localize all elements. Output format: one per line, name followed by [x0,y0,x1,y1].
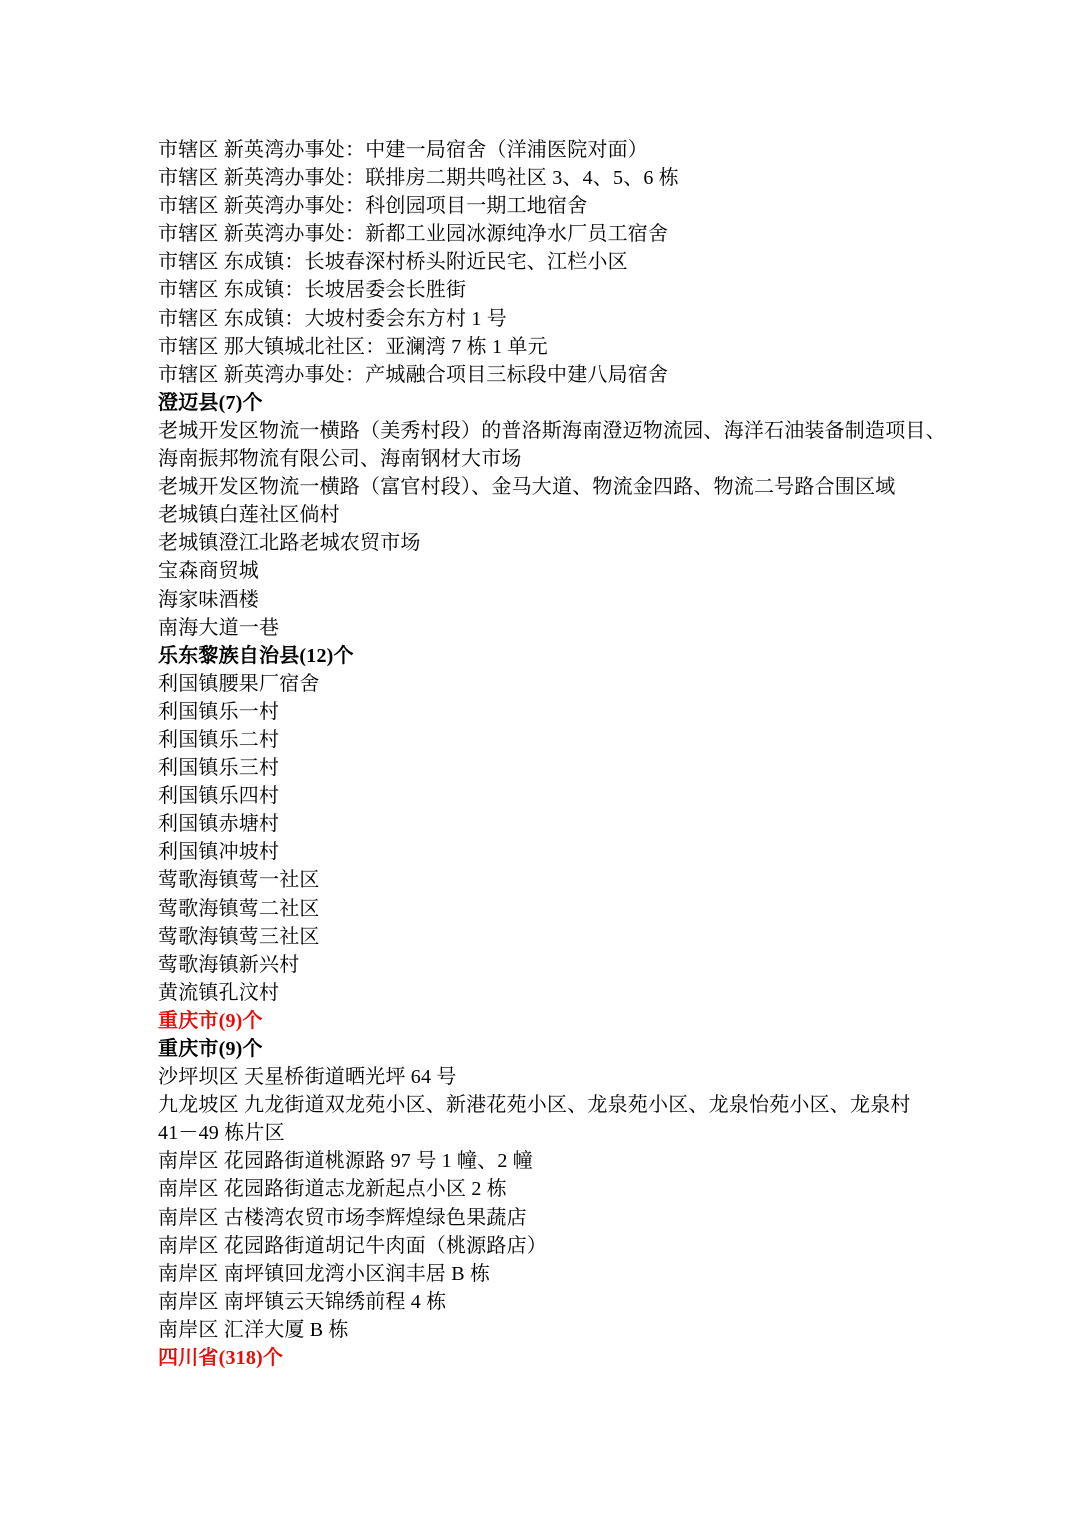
address-list: 市辖区 新英湾办事处：中建一局宿舍（洋浦医院对面）市辖区 新英湾办事处：联排房二… [158,136,928,1372]
address-line: 老城开发区物流一横路（美秀村段）的普洛斯海南澄迈物流园、海洋石油装备制造项目、 [158,417,928,445]
address-line: 市辖区 新英湾办事处：新都工业园冰源纯净水厂员工宿舍 [158,220,928,248]
address-line: 市辖区 新英湾办事处：中建一局宿舍（洋浦医院对面） [158,136,928,164]
address-line: 市辖区 新英湾办事处：产城融合项目三标段中建八局宿舍 [158,361,928,389]
address-line: 南岸区 南坪镇回龙湾小区润丰居 B 栋 [158,1260,928,1288]
address-line: 利国镇乐四村 [158,782,928,810]
address-line: 市辖区 新英湾办事处：联排房二期共鸣社区 3、4、5、6 栋 [158,164,928,192]
address-line: 黄流镇孔汶村 [158,979,928,1007]
section-heading: 重庆市(9)个 [158,1007,928,1035]
address-line: 利国镇赤塘村 [158,810,928,838]
address-line: 宝森商贸城 [158,557,928,585]
address-line: 莺歌海镇莺三社区 [158,923,928,951]
address-line: 九龙坡区 九龙街道双龙苑小区、新港花苑小区、龙泉苑小区、龙泉怡苑小区、龙泉村 [158,1091,928,1119]
section-heading: 重庆市(9)个 [158,1035,928,1063]
address-line: 利国镇乐三村 [158,754,928,782]
address-line: 海南振邦物流有限公司、海南钢材大市场 [158,445,928,473]
address-line: 41－49 栋片区 [158,1119,928,1147]
address-line: 莺歌海镇莺二社区 [158,895,928,923]
address-line: 沙坪坝区 天星桥街道晒光坪 64 号 [158,1063,928,1091]
address-line: 老城镇白莲社区倘村 [158,501,928,529]
address-line: 南岸区 花园路街道桃源路 97 号 1 幢、2 幢 [158,1147,928,1175]
address-line: 利国镇乐一村 [158,698,928,726]
section-heading: 四川省(318)个 [158,1344,928,1372]
address-line: 市辖区 新英湾办事处：科创园项目一期工地宿舍 [158,192,928,220]
address-line: 市辖区 那大镇城北社区：亚澜湾 7 栋 1 单元 [158,333,928,361]
address-line: 南岸区 南坪镇云天锦绣前程 4 栋 [158,1288,928,1316]
address-line: 莺歌海镇莺一社区 [158,866,928,894]
address-line: 老城开发区物流一横路（富官村段）、金马大道、物流金四路、物流二号路合围区域 [158,473,928,501]
address-line: 利国镇冲坡村 [158,838,928,866]
address-line: 南岸区 花园路街道志龙新起点小区 2 栋 [158,1175,928,1203]
address-line: 老城镇澄江北路老城农贸市场 [158,529,928,557]
address-line: 市辖区 东成镇：长坡居委会长胜街 [158,276,928,304]
address-line: 利国镇腰果厂宿舍 [158,670,928,698]
address-line: 市辖区 东成镇：大坡村委会东方村 1 号 [158,305,928,333]
address-line: 南岸区 花园路街道胡记牛肉面（桃源路店） [158,1232,928,1260]
address-line: 市辖区 东成镇：长坡春深村桥头附近民宅、江栏小区 [158,248,928,276]
address-line: 海家味酒楼 [158,586,928,614]
address-line: 南岸区 古楼湾农贸市场李辉煌绿色果蔬店 [158,1204,928,1232]
address-line: 南海大道一巷 [158,614,928,642]
address-line: 莺歌海镇新兴村 [158,951,928,979]
address-line: 利国镇乐二村 [158,726,928,754]
section-heading: 乐东黎族自治县(12)个 [158,642,928,670]
section-heading: 澄迈县(7)个 [158,389,928,417]
address-line: 南岸区 汇洋大厦 B 栋 [158,1316,928,1344]
document-page: 市辖区 新英湾办事处：中建一局宿舍（洋浦医院对面）市辖区 新英湾办事处：联排房二… [0,0,1080,1526]
